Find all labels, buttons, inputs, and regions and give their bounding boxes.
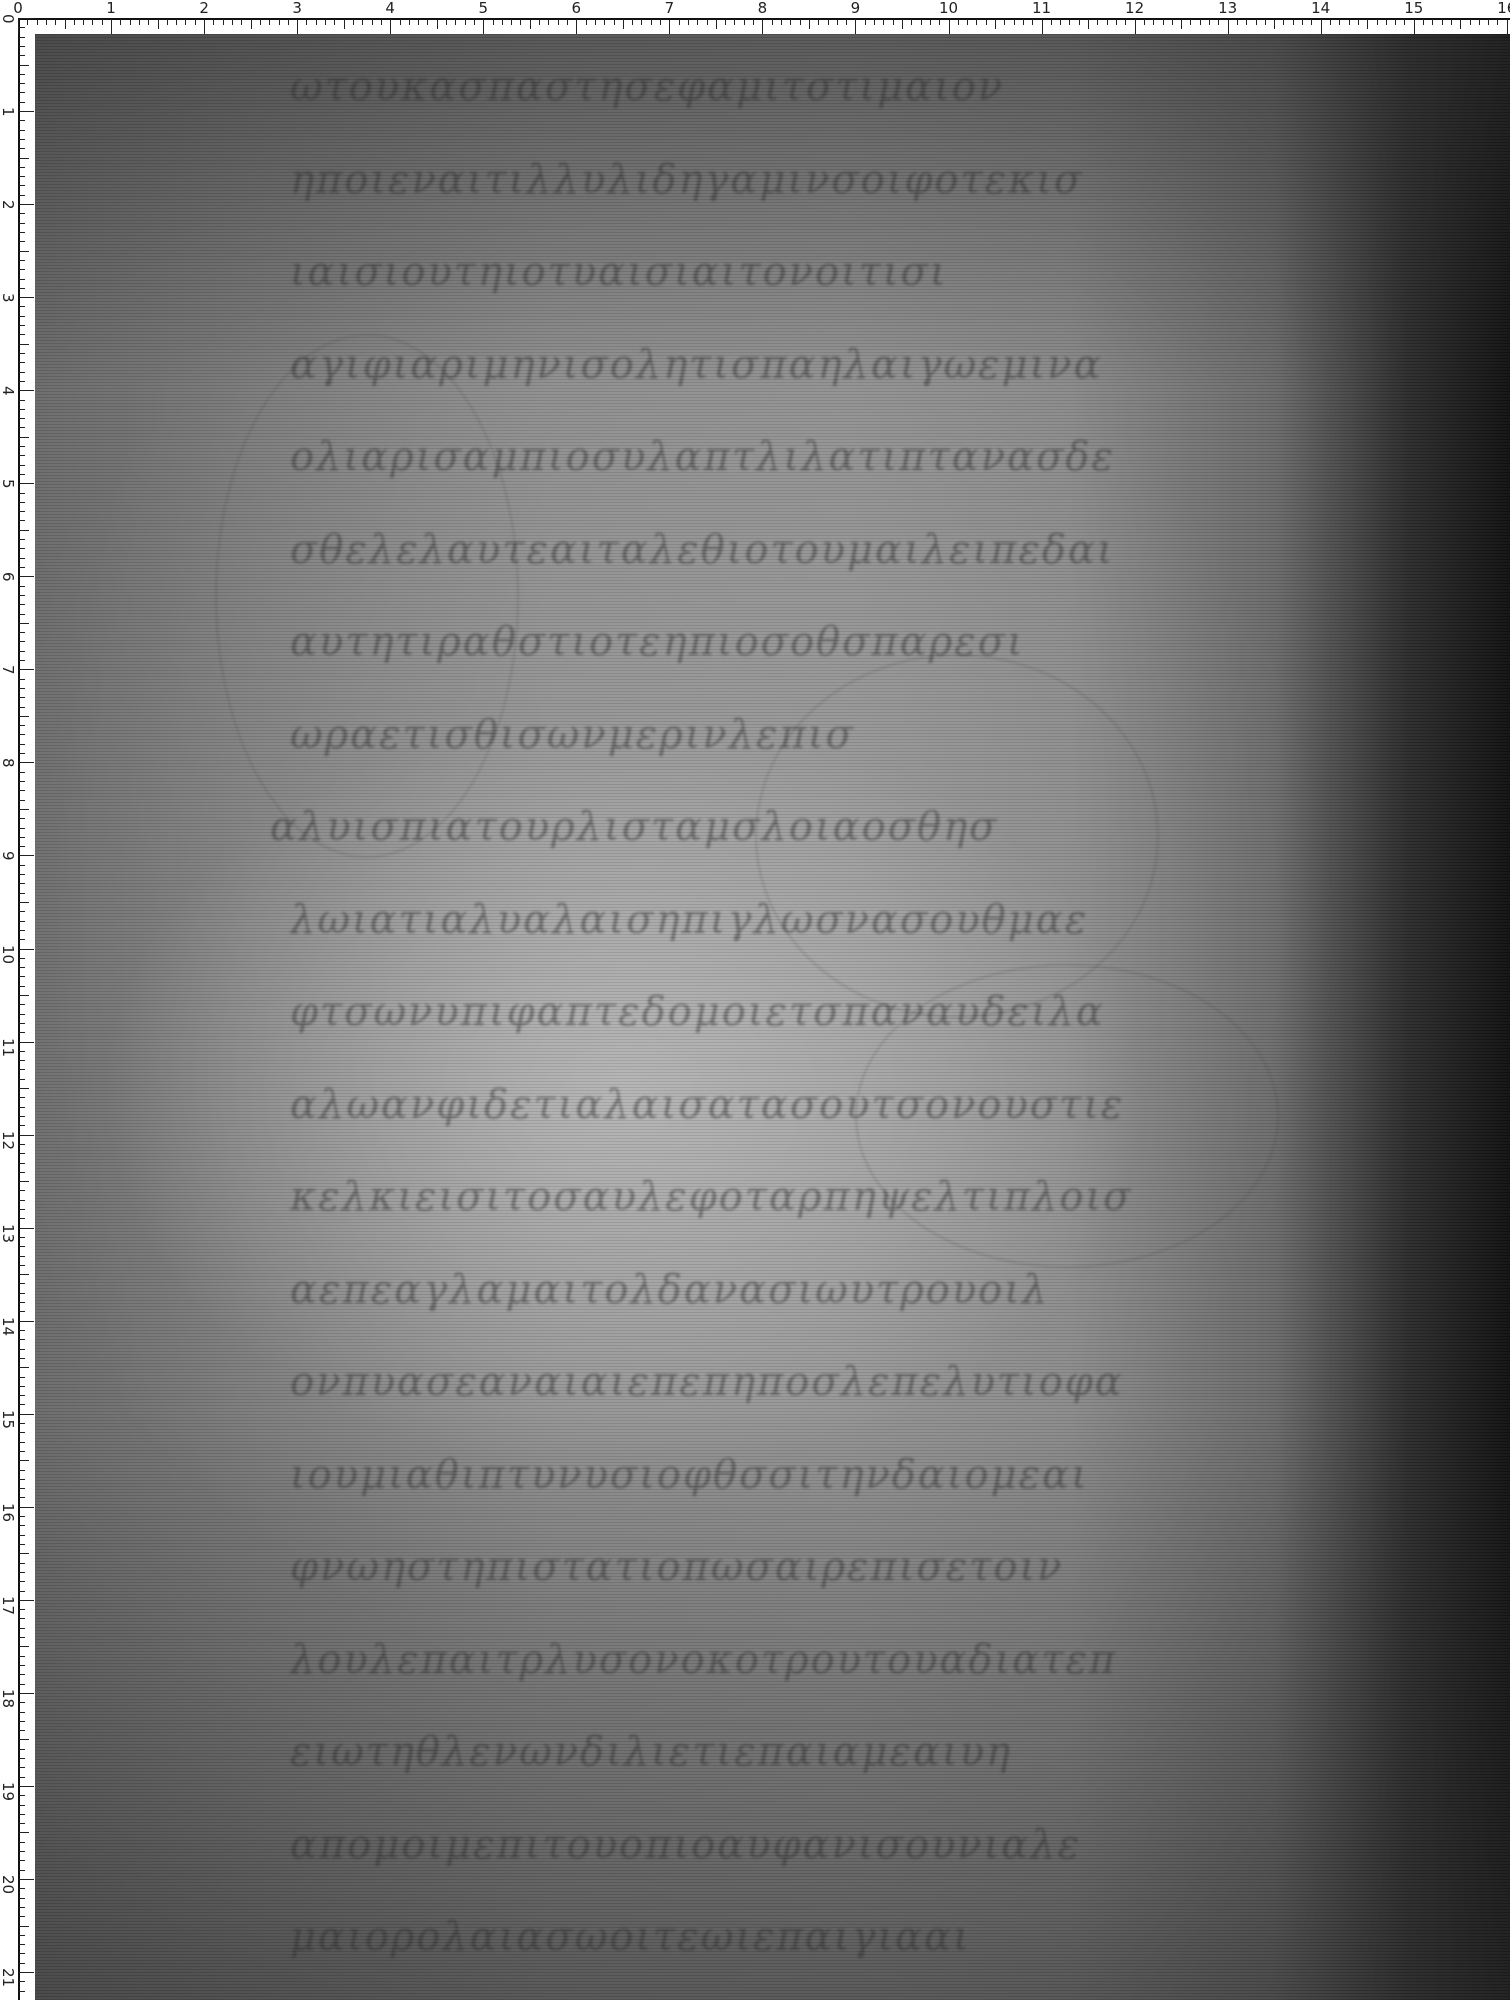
left-ruler-tick	[19, 1135, 34, 1136]
top-ruler-tick	[893, 19, 894, 25]
left-ruler-tick	[19, 614, 25, 615]
left-ruler-tick	[19, 400, 25, 401]
left-ruler-tick	[19, 893, 25, 894]
left-ruler-tick	[19, 995, 29, 996]
top-ruler-tick	[930, 19, 931, 25]
top-ruler-tick	[976, 19, 977, 25]
left-ruler-tick	[19, 688, 25, 689]
left-ruler-tick	[19, 641, 25, 642]
left-ruler-tick	[19, 558, 25, 559]
manuscript-line: λωιατιαλυαλαισηπιγλωσνασουθμαε	[290, 897, 1440, 941]
top-ruler-tick	[1256, 19, 1257, 25]
top-ruler-tick	[1060, 19, 1061, 25]
left-ruler-tick	[19, 1004, 25, 1005]
manuscript-line: λουλεπαιτρλυσονοκοτρουτουαδιατεπ	[290, 1637, 1440, 1681]
left-ruler-tick	[19, 809, 29, 810]
left-ruler-tick	[19, 1163, 25, 1164]
top-ruler-tick	[707, 19, 708, 25]
left-ruler-tick	[19, 1507, 34, 1508]
left-ruler-label: 18	[0, 1689, 16, 1708]
top-ruler-label: 7	[665, 0, 675, 16]
top-ruler-tick	[595, 19, 596, 25]
top-ruler-tick	[1358, 19, 1359, 25]
top-ruler-tick	[176, 19, 177, 25]
top-ruler-tick	[325, 19, 326, 25]
left-ruler-tick	[19, 1218, 25, 1219]
top-ruler-tick	[1367, 19, 1368, 29]
left-ruler-tick	[19, 325, 25, 326]
top-ruler-tick	[1144, 19, 1145, 25]
left-ruler-tick	[19, 1144, 25, 1145]
top-ruler-tick	[1218, 19, 1219, 25]
left-ruler-tick	[19, 976, 25, 977]
left-ruler-label: 8	[0, 758, 16, 768]
top-ruler-tick	[883, 19, 884, 25]
left-ruler-tick	[19, 1702, 25, 1703]
top-ruler-tick	[567, 19, 568, 25]
top-ruler-tick	[1395, 19, 1396, 25]
left-ruler-tick	[19, 1460, 29, 1461]
left-ruler-tick	[19, 1665, 25, 1666]
left-ruler-tick	[19, 483, 34, 484]
top-ruler-tick	[1451, 19, 1452, 25]
left-ruler-label: 6	[0, 572, 16, 582]
top-ruler-tick	[921, 19, 922, 25]
top-ruler-tick	[185, 19, 186, 25]
top-ruler-tick	[958, 19, 959, 25]
top-ruler-tick	[511, 19, 512, 25]
left-ruler-tick	[19, 65, 29, 66]
top-ruler-tick	[1135, 19, 1136, 34]
left-ruler-tick	[19, 967, 25, 968]
top-ruler-tick	[902, 19, 903, 29]
left-ruler-tick	[19, 586, 25, 587]
left-ruler-tick	[19, 167, 25, 168]
left-ruler-tick	[19, 949, 34, 950]
left-ruler-tick	[19, 1265, 25, 1266]
left-ruler-tick	[19, 92, 25, 93]
left-ruler-tick	[19, 1739, 29, 1740]
top-ruler-tick	[744, 19, 745, 25]
top-ruler-tick	[669, 19, 670, 34]
top-ruler-tick	[1479, 19, 1480, 25]
top-ruler-tick	[576, 19, 577, 34]
top-ruler-tick	[111, 19, 112, 34]
top-ruler-tick	[1404, 19, 1405, 25]
top-ruler-tick	[855, 19, 856, 34]
top-ruler-tick	[502, 19, 503, 25]
left-ruler-tick	[19, 1591, 25, 1592]
top-ruler-label: 2	[199, 0, 209, 16]
top-ruler-tick	[390, 19, 391, 34]
left-ruler-label: 11	[0, 1038, 16, 1057]
top-ruler-tick	[65, 19, 66, 29]
left-ruler-tick	[19, 427, 25, 428]
left-ruler-tick	[19, 1935, 25, 1936]
manuscript-line: ηποιεναιτιλλυλιδηγαμινσοιφοτεκισ	[290, 157, 1440, 201]
top-ruler-tick	[1302, 19, 1303, 25]
left-ruler-tick	[19, 1609, 25, 1610]
manuscript-line: σθελελαυτεαιταλεθιοτουμαιλειπεδαι	[290, 527, 1440, 571]
left-ruler-label: 3	[0, 293, 16, 303]
left-ruler-tick	[19, 707, 25, 708]
left-ruler-tick	[19, 762, 34, 763]
top-ruler-tick	[809, 19, 810, 29]
top-ruler-tick	[251, 19, 252, 29]
left-ruler-tick	[19, 911, 25, 912]
left-ruler-tick	[19, 1404, 25, 1405]
left-ruler-tick	[19, 1414, 34, 1415]
left-ruler-tick	[19, 1125, 25, 1126]
top-ruler-label: 3	[292, 0, 302, 16]
top-ruler-tick	[716, 19, 717, 29]
left-ruler-tick	[19, 1042, 34, 1043]
left-ruler-tick	[19, 1032, 25, 1033]
left-ruler-tick	[19, 874, 25, 875]
left-ruler-tick	[19, 1749, 25, 1750]
left-ruler-tick	[19, 576, 34, 577]
top-ruler-tick	[446, 19, 447, 25]
top-ruler-tick	[1349, 19, 1350, 25]
left-ruler-tick	[19, 716, 29, 717]
left-ruler-tick	[19, 306, 25, 307]
top-ruler-label: 10	[939, 0, 958, 16]
top-ruler-tick	[130, 19, 131, 25]
top-ruler-tick	[1432, 19, 1433, 25]
left-ruler-tick	[19, 1311, 25, 1312]
left-ruler-tick	[19, 1349, 25, 1350]
undertext-stroke	[215, 334, 519, 858]
left-ruler-tick	[19, 1628, 25, 1629]
left-ruler-tick	[19, 1581, 25, 1582]
left-ruler-label: 2	[0, 200, 16, 210]
top-ruler-tick	[474, 19, 475, 25]
left-ruler-tick	[19, 632, 25, 633]
left-ruler-tick	[19, 1293, 25, 1294]
top-ruler-tick	[725, 19, 726, 25]
left-ruler-tick	[19, 1525, 25, 1526]
undertext-stroke	[755, 654, 1159, 1018]
left-ruler-label: 13	[0, 1224, 16, 1243]
left-ruler-tick	[19, 986, 25, 987]
manuscript-line: αλωανφιδετιαλαισατασουτσονουστιε	[290, 1082, 1440, 1126]
left-ruler-tick	[19, 772, 25, 773]
left-ruler-tick	[19, 939, 25, 940]
left-ruler-tick	[19, 1991, 25, 1992]
top-ruler-tick	[1330, 19, 1331, 25]
left-ruler-tick	[19, 1172, 25, 1173]
left-ruler-label: 4	[0, 386, 16, 396]
left-ruler-tick	[19, 781, 25, 782]
top-ruler-tick	[269, 19, 270, 25]
left-ruler-tick	[19, 1600, 34, 1601]
left-ruler-tick	[19, 734, 25, 735]
top-ruler-tick	[74, 19, 75, 25]
left-ruler-tick	[19, 279, 25, 280]
left-ruler-tick	[19, 865, 25, 866]
left-ruler-tick	[19, 837, 25, 838]
top-ruler-tick	[223, 19, 224, 25]
top-ruler-tick	[1274, 19, 1275, 29]
manuscript-line: ειωτηθλενωνδιλιετιεπαιαμεαιυη	[290, 1729, 1440, 1773]
top-ruler-tick	[316, 19, 317, 25]
left-ruler-tick	[19, 418, 25, 419]
left-ruler-tick	[19, 455, 25, 456]
left-ruler-label: 12	[0, 1131, 16, 1150]
top-ruler-tick	[949, 19, 950, 34]
left-ruler-tick	[19, 176, 25, 177]
top-ruler-tick	[1069, 19, 1070, 25]
top-ruler-label: 5	[478, 0, 488, 16]
left-ruler-tick	[19, 1656, 25, 1657]
top-ruler-tick	[734, 19, 735, 25]
top-ruler-tick	[539, 19, 540, 25]
manuscript-line: φτσωνυπιφαπτεδομοιετσπαναυδειλα	[290, 989, 1440, 1033]
left-ruler-tick	[19, 102, 25, 103]
manuscript-line: ονπυασεαναιαιεπεπηποσλεπελυτιοφα	[290, 1359, 1440, 1403]
top-ruler-tick	[1079, 19, 1080, 25]
manuscript-line: φνωηστηπιστατιοπωσαιρεπισετοιν	[290, 1544, 1440, 1588]
left-ruler-tick	[19, 1190, 25, 1191]
left-ruler-tick	[19, 1944, 25, 1945]
manuscript-line: ολιαρισαμπιοσυλαπτλιλατιπτανασδε	[290, 434, 1440, 478]
manuscript-line: αυτητιραθστιοτεηπιοσοθσπαρεσι	[290, 619, 1440, 663]
left-ruler-tick	[19, 1200, 25, 1201]
left-ruler-tick	[19, 902, 29, 903]
left-ruler-tick	[19, 223, 25, 224]
top-ruler-tick	[120, 19, 121, 25]
left-ruler-tick	[19, 1442, 25, 1443]
top-ruler-tick	[260, 19, 261, 25]
top-ruler-tick	[1423, 19, 1424, 25]
left-ruler-tick	[19, 1079, 25, 1080]
left-ruler-tick	[19, 353, 25, 354]
top-ruler-tick	[1153, 19, 1154, 25]
left-ruler-tick	[19, 846, 25, 847]
left-ruler-tick	[19, 1237, 25, 1238]
top-ruler-tick	[1014, 19, 1015, 25]
left-ruler-tick	[19, 316, 25, 317]
top-ruler-tick	[781, 19, 782, 25]
left-ruler-tick	[19, 1712, 25, 1713]
left-ruler-tick	[19, 1953, 25, 1954]
left-ruler-tick	[19, 465, 25, 466]
top-ruler-tick	[558, 19, 559, 25]
top-ruler-tick	[1237, 19, 1238, 25]
left-ruler-tick	[19, 697, 25, 698]
left-ruler-label: 20	[0, 1875, 16, 1894]
left-ruler-tick	[19, 18, 34, 19]
left-ruler-tick	[19, 1274, 29, 1275]
left-ruler-tick	[19, 1377, 25, 1378]
left-ruler-tick	[19, 1963, 25, 1964]
left-ruler-tick	[19, 46, 25, 47]
top-ruler-tick	[548, 19, 549, 25]
left-ruler-tick	[19, 1674, 25, 1675]
top-ruler-label: 11	[1032, 0, 1051, 16]
top-ruler-tick	[837, 19, 838, 25]
undertext-stroke	[855, 964, 1279, 1268]
top-ruler-tick	[1442, 19, 1443, 25]
top-ruler-tick	[148, 19, 149, 25]
left-ruler-label: 21	[0, 1968, 16, 1987]
top-ruler-tick	[1088, 19, 1089, 29]
top-ruler-tick	[158, 19, 159, 29]
top-ruler-tick	[1293, 19, 1294, 25]
top-ruler-tick	[400, 19, 401, 25]
left-ruler-tick	[19, 1646, 29, 1647]
left-ruler-tick	[19, 1246, 25, 1247]
left-ruler-label: 7	[0, 665, 16, 675]
top-ruler-tick	[800, 19, 801, 25]
top-ruler-tick	[27, 19, 28, 25]
top-ruler-tick	[660, 19, 661, 25]
left-ruler-tick	[19, 744, 25, 745]
top-ruler-tick	[818, 19, 819, 25]
top-ruler-tick	[753, 19, 754, 25]
top-ruler-tick	[92, 19, 93, 25]
top-ruler-tick	[83, 19, 84, 25]
left-ruler-tick	[19, 883, 25, 884]
left-ruler-tick	[19, 1330, 25, 1331]
top-ruler-tick	[1377, 19, 1378, 25]
left-ruler-tick	[19, 1786, 34, 1787]
top-ruler-tick	[1190, 19, 1191, 25]
left-ruler-tick	[19, 1256, 25, 1257]
left-ruler-tick	[19, 474, 25, 475]
top-ruler-tick	[362, 19, 363, 25]
top-ruler-tick	[437, 19, 438, 29]
top-ruler-tick	[1311, 19, 1312, 25]
top-ruler-label: 8	[758, 0, 768, 16]
top-ruler-tick	[586, 19, 587, 25]
left-ruler-tick	[19, 1805, 25, 1806]
top-ruler-tick	[139, 19, 140, 25]
top-ruler-tick	[772, 19, 773, 25]
left-ruler-tick	[19, 1423, 25, 1424]
top-ruler-tick	[1283, 19, 1284, 25]
left-ruler-tick	[19, 1339, 25, 1340]
top-ruler-tick	[1042, 19, 1043, 34]
left-ruler-tick	[19, 251, 29, 252]
left-ruler-tick	[19, 511, 25, 512]
top-ruler-tick	[986, 19, 987, 25]
top-ruler-tick	[1246, 19, 1247, 25]
left-ruler-tick	[19, 148, 25, 149]
left-ruler-tick	[19, 530, 29, 531]
left-ruler-tick	[19, 83, 25, 84]
left-ruler-label: 16	[0, 1503, 16, 1522]
top-ruler-tick	[1051, 19, 1052, 25]
left-ruler-label: 17	[0, 1596, 16, 1615]
top-ruler-tick	[1321, 19, 1322, 34]
left-ruler-tick	[19, 1014, 25, 1015]
left-ruler-tick	[19, 381, 25, 382]
top-ruler-tick	[381, 19, 382, 25]
left-ruler-tick	[19, 195, 25, 196]
left-ruler-tick	[19, 1795, 25, 1796]
top-ruler	[0, 0, 1510, 34]
top-ruler-tick	[1200, 19, 1201, 25]
left-ruler-tick	[19, 1879, 34, 1880]
left-ruler-label: 19	[0, 1782, 16, 1801]
left-ruler-tick	[19, 1116, 25, 1117]
top-ruler-tick	[418, 19, 419, 25]
top-ruler-tick	[1265, 19, 1266, 25]
left-ruler-tick	[19, 651, 25, 652]
top-ruler-tick	[530, 19, 531, 29]
top-ruler-tick	[641, 19, 642, 25]
top-ruler-tick	[697, 19, 698, 25]
left-ruler-tick	[19, 1684, 25, 1685]
left-ruler-tick	[19, 502, 25, 503]
left-ruler-tick	[19, 1842, 25, 1843]
left-ruler-tick	[19, 790, 25, 791]
top-ruler-tick	[1488, 19, 1489, 25]
left-ruler-tick	[19, 1618, 25, 1619]
left-ruler-label: 0	[0, 14, 16, 24]
left-ruler-tick	[19, 604, 25, 605]
top-ruler-tick	[483, 19, 484, 34]
top-ruler-tick	[102, 19, 103, 25]
top-ruler-tick	[995, 19, 996, 29]
left-ruler-tick	[19, 344, 29, 345]
left-ruler-tick	[19, 1916, 25, 1917]
left-ruler-tick	[19, 1451, 25, 1452]
manuscript-line: ιουμιαθιπτυνυσιοφθσσιτηνδαιομεαι	[290, 1452, 1440, 1496]
left-ruler-tick	[19, 1637, 25, 1638]
left-ruler-tick	[19, 1181, 29, 1182]
top-ruler-tick	[911, 19, 912, 25]
left-ruler-tick	[19, 1535, 25, 1536]
left-ruler-tick	[19, 297, 34, 298]
top-ruler-tick	[1004, 19, 1005, 25]
top-ruler-tick	[828, 19, 829, 25]
left-ruler-tick	[19, 725, 25, 726]
top-ruler-tick	[213, 19, 214, 25]
left-ruler-tick	[19, 1972, 34, 1973]
left-ruler-tick	[19, 660, 25, 661]
left-ruler-tick	[19, 669, 34, 670]
left-ruler-tick	[19, 1553, 29, 1554]
left-ruler-tick	[19, 1367, 29, 1368]
top-ruler-tick	[195, 19, 196, 25]
top-ruler-tick	[939, 19, 940, 25]
left-ruler-tick	[19, 334, 25, 335]
left-ruler-tick	[19, 753, 25, 754]
left-ruler-tick	[19, 1088, 29, 1089]
top-ruler-tick	[297, 19, 298, 34]
manuscript-scan: ωτουκασπαστησεφαμιτστιμαιονηποιεναιτιλλυ…	[35, 34, 1510, 2000]
top-ruler-tick	[1172, 19, 1173, 25]
left-ruler-tick	[19, 139, 25, 140]
left-ruler-tick	[19, 1302, 25, 1303]
left-ruler-tick	[19, 1358, 25, 1359]
left-ruler-tick	[19, 27, 25, 28]
left-ruler-tick	[19, 1023, 25, 1024]
top-ruler-tick	[520, 19, 521, 25]
top-ruler-tick	[967, 19, 968, 25]
top-ruler-tick	[614, 19, 615, 25]
left-ruler-tick	[19, 1777, 25, 1778]
manuscript-line: κελκιεισιτοσαυλεφοταρπηψελτιπλοισ	[290, 1174, 1440, 1218]
left-ruler-tick	[19, 1395, 25, 1396]
left-ruler-tick	[19, 855, 34, 856]
left-ruler-tick	[19, 1432, 25, 1433]
top-ruler-label: 6	[572, 0, 582, 16]
left-ruler-tick	[19, 232, 25, 233]
top-ruler-tick	[1414, 19, 1415, 34]
